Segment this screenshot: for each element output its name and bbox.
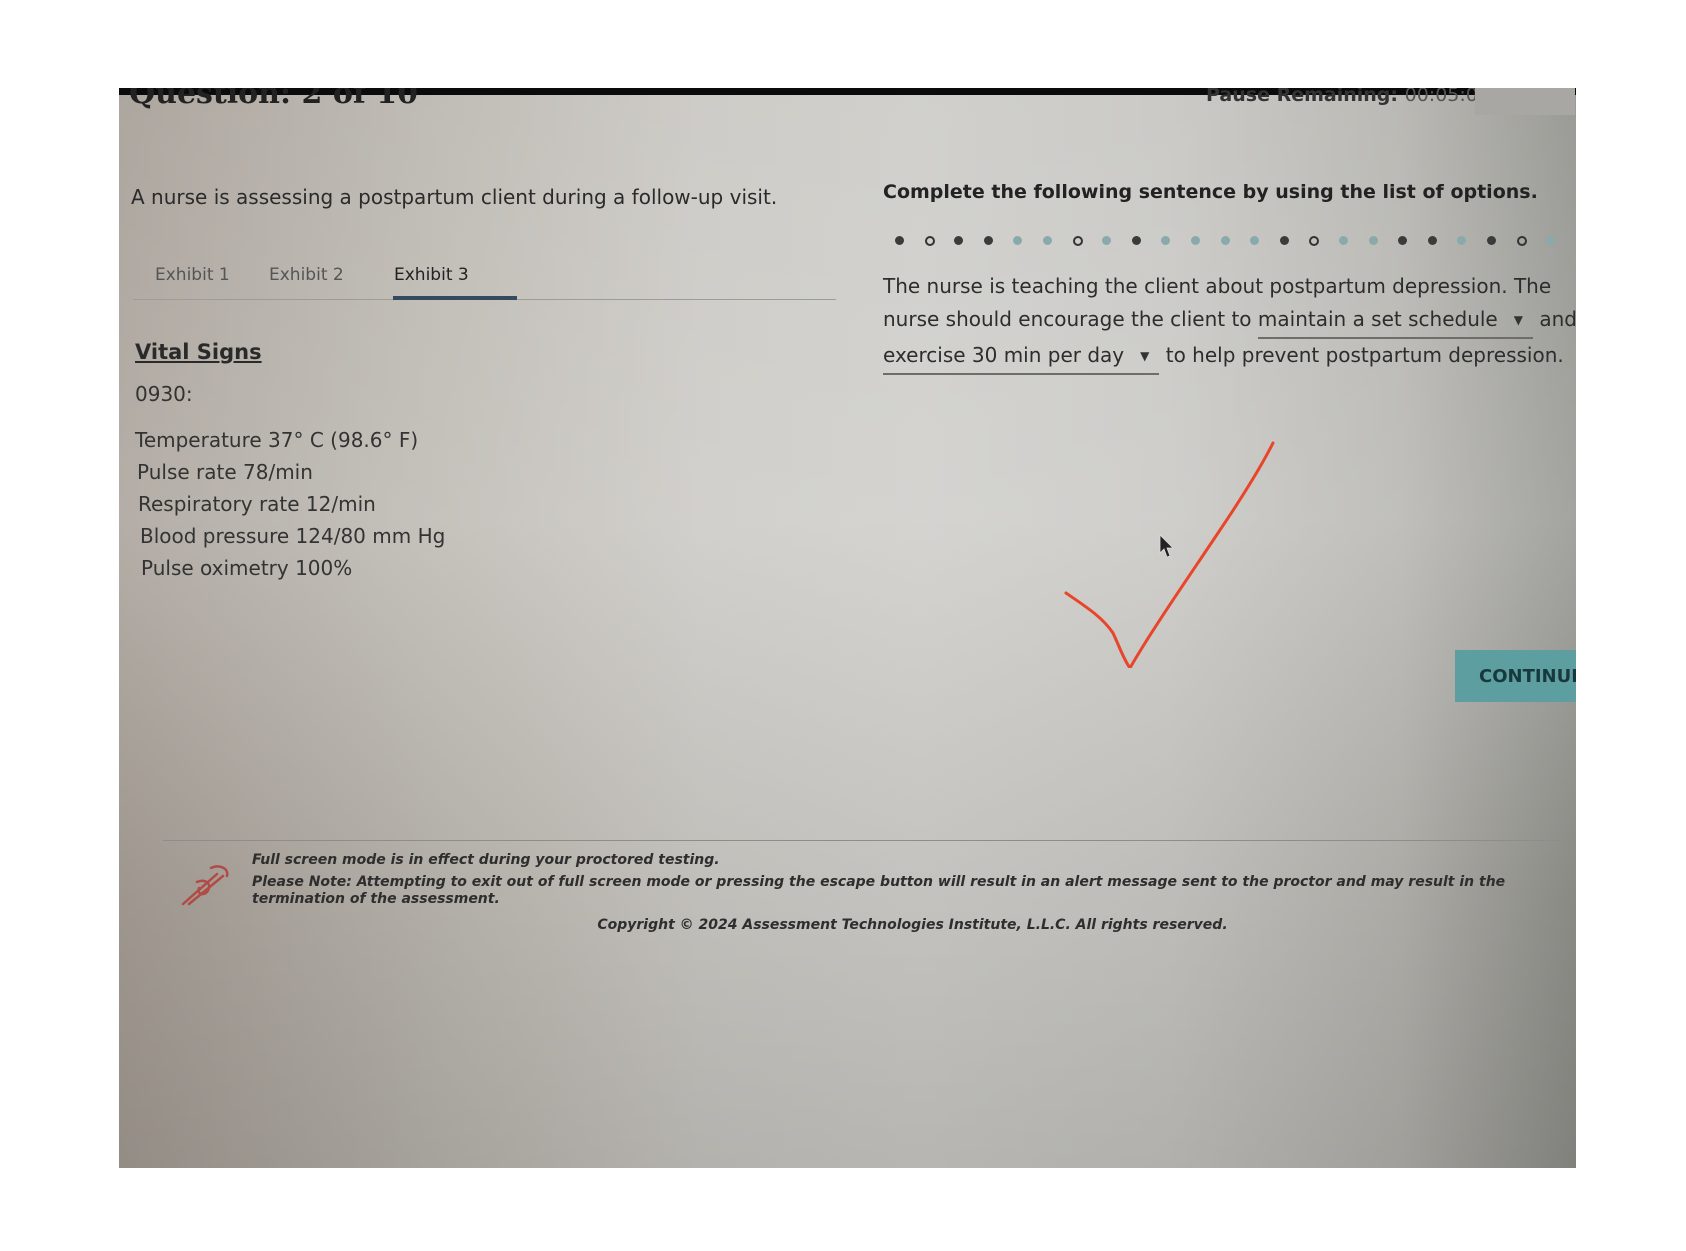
active-tab-indicator <box>393 296 517 300</box>
progress-dot <box>1546 236 1555 245</box>
progress-dot <box>1191 236 1200 245</box>
tab-exhibit-3[interactable]: Exhibit 3 <box>394 265 469 285</box>
progress-dot <box>1398 236 1407 245</box>
exhibit-title: Vital Signs <box>135 340 445 364</box>
pause-label: Pause Remaining: <box>1206 88 1398 106</box>
exhibit-time: 0930: <box>135 382 445 406</box>
chevron-down-icon: ▼ <box>1140 340 1149 373</box>
fullscreen-warning-icon <box>177 860 237 908</box>
dropdown-2[interactable]: exercise 30 min per day▼ <box>883 339 1159 375</box>
dropdown-2-value: exercise 30 min per day <box>883 343 1124 367</box>
sentence-part-3: to help prevent postpartum depression. <box>1166 343 1564 367</box>
dropdown-1[interactable]: maintain a set schedule▼ <box>1258 303 1533 339</box>
progress-dot <box>1339 236 1348 245</box>
copyright-text: Copyright © 2024 Assessment Technologies… <box>597 917 1227 933</box>
progress-dot <box>1309 236 1319 246</box>
pause-remaining: Pause Remaining: 00:05:00 <box>1206 88 1490 106</box>
progress-dot <box>925 236 935 246</box>
progress-dot <box>1132 236 1141 245</box>
vital-temperature: Temperature 37° C (98.6° F) <box>135 424 445 456</box>
progress-dot <box>1250 236 1259 245</box>
vital-pulse-oximetry: Pulse oximetry 100% <box>141 552 445 584</box>
vitals-list: Temperature 37° C (98.6° F) Pulse rate 7… <box>135 424 445 584</box>
progress-dot <box>1161 236 1170 245</box>
progress-dot <box>984 236 993 245</box>
progress-dot <box>954 236 963 245</box>
question-stem: A nurse is assessing a postpartum client… <box>131 185 777 209</box>
progress-dot <box>1280 236 1289 245</box>
tab-exhibit-2[interactable]: Exhibit 2 <box>269 265 344 285</box>
chevron-down-icon: ▼ <box>1514 304 1523 337</box>
sentence-part-2: and <box>1539 307 1576 331</box>
notice-line-2: Please Note: Attempting to exit out of f… <box>252 874 1562 908</box>
question-counter: Question: 2 of 10 <box>129 88 418 111</box>
dropdown-1-value: maintain a set schedule <box>1258 307 1498 331</box>
exhibit-tabs: Exhibit 1 Exhibit 2 Exhibit 3 <box>133 258 836 300</box>
exhibit-panel: Vital Signs 0930: Temperature 37° C (98.… <box>135 340 445 584</box>
progress-dot <box>1073 236 1083 246</box>
tab-exhibit-1[interactable]: Exhibit 1 <box>155 265 230 285</box>
footer-divider <box>163 840 1576 841</box>
cloze-sentence: The nurse is teaching the client about p… <box>883 270 1576 375</box>
fullscreen-notice: Full screen mode is in effect during you… <box>252 852 1562 908</box>
progress-dot <box>1043 236 1052 245</box>
pause-button[interactable] <box>1475 88 1575 115</box>
progress-dot <box>1428 236 1437 245</box>
copyright: Copyright © 2024 Assessment Technologies… <box>119 917 1576 933</box>
vital-respiratory: Respiratory rate 12/min <box>138 488 445 520</box>
progress-dot <box>1487 236 1496 245</box>
progress-dot <box>1517 236 1527 246</box>
progress-dot <box>1102 236 1111 245</box>
vital-blood-pressure: Blood pressure 124/80 mm Hg <box>140 520 445 552</box>
continue-button[interactable]: CONTINUE <box>1455 650 1576 702</box>
mouse-cursor-icon <box>1159 534 1175 560</box>
notice-line-1: Full screen mode is in effect during you… <box>252 852 1562 868</box>
vital-pulse: Pulse rate 78/min <box>137 456 445 488</box>
progress-dot <box>1221 236 1230 245</box>
question-instruction: Complete the following sentence by using… <box>883 181 1538 203</box>
progress-dot <box>1013 236 1022 245</box>
progress-dot <box>1457 236 1466 245</box>
progress-dot <box>895 236 904 245</box>
exam-screen: Question: 2 of 10 Pause Remaining: 00:05… <box>119 88 1576 1168</box>
progress-dot <box>1369 236 1378 245</box>
